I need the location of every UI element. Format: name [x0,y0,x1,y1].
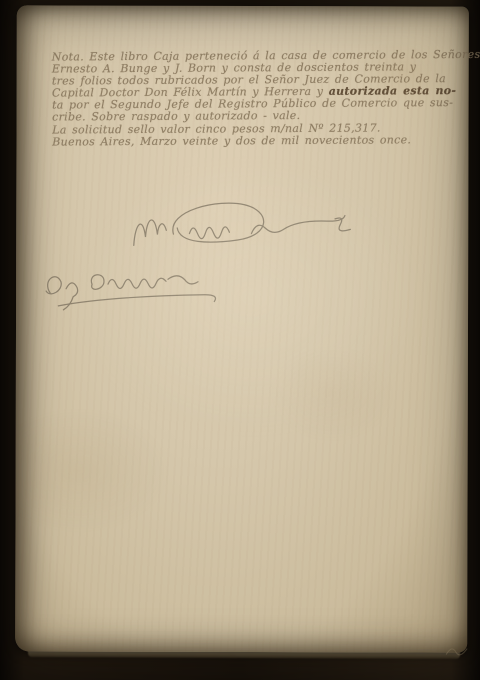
handwritten-note: Nota. Este libro Caja perteneció á la ca… [52,49,467,148]
note-line: Buenos Aires, Marzo veinte y dos de mil … [52,134,466,149]
document-page: Nota. Este libro Caja perteneció á la ca… [15,5,469,652]
corner-pencil-mark [443,643,471,659]
signature-flourish-1 [118,192,358,264]
scan-background: Nota. Este libro Caja perteneció á la ca… [0,0,480,680]
note-text: Buenos Aires, Marzo veinte y dos de mil … [52,133,411,148]
signature-flourish-2 [36,260,235,317]
